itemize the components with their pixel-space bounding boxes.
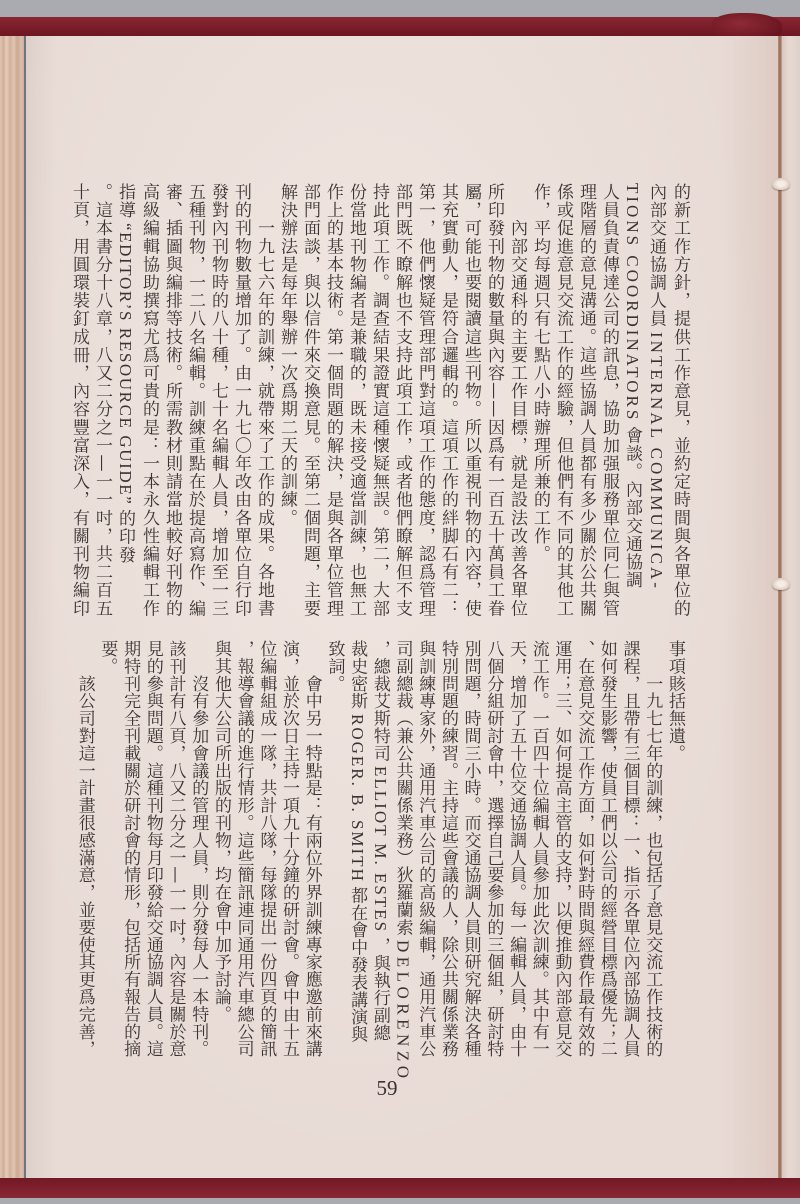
- column-text: 指導: [115, 183, 135, 219]
- text-column: 人員負責傳達公司的訊息，協助加强服務單位同仁與管: [597, 183, 620, 623]
- text-column: 演，並於次日主持一項九十分鐘的研討會。會中由十五: [277, 640, 300, 1060]
- column-text: 該刊計有八頁，八又二分之一—一一吋，內容是關於意: [166, 640, 186, 1058]
- column-text: 係或促進意見交流工作的經驗，但他們有不同的其他工: [553, 183, 573, 617]
- text-column: 、在意見交流工作方面，如何對時間與經費作最有效的: [572, 640, 595, 1060]
- latin-term: “EDITOR’S RESOURCE GUIDE”: [116, 223, 135, 505]
- column-text: 十頁，用圓環裝釘成冊，內容豐富深入，有關刊物編印: [69, 183, 89, 617]
- text-column: 會中另一特點是：有兩位外界訓練專家應邀前來講: [300, 640, 323, 1060]
- column-text: 屬，可能也要閱讀這些刊物。所以重視刊物的內容，使: [461, 183, 481, 617]
- column-text: 別問題，時間三小時。而交通協調人員則研究解決各種: [461, 640, 481, 1058]
- column-text: 會談。內部交通協調: [622, 426, 642, 589]
- text-column: 第一，他們懷疑管理部門對這項工作的態度，認爲管理: [413, 183, 436, 623]
- text-block-lower: 事項賅括無遺。 一九七七年的訓練，也包括了意見交流工作技術的 課程，且帶有三個目…: [73, 640, 686, 1060]
- column-text: ，報導會議的進行情形。這些簡訊連同通用汽車總公司: [234, 640, 254, 1058]
- text-column: 高級編輯協助撰寫尤爲可貴的是：一本永久性編輯工作: [137, 183, 160, 623]
- column-text: 的新工作方針，提供工作意見，並約定時間與各單位的: [670, 183, 690, 617]
- column-text: 流工作。一百四十位編輯人員參加此次訓練。其中有一: [529, 640, 549, 1058]
- page-stack-edges: [0, 36, 25, 1178]
- text-column: 作，平均每週只有七點八小時辦理所兼的工作。: [528, 183, 551, 623]
- column-text: 一九七六年的訓練，就帶來了工作的成果。各地書: [254, 183, 274, 617]
- text-column: 期特刊完全刊載關於研討會的情形，包括所有報告的摘: [118, 640, 141, 1060]
- column-text: 天，增加了五十位交通協調人員。每一編輯人員，由十: [506, 640, 526, 1058]
- column-text: 。這本書分十八章，八又二分之一—一一吋，共二百五: [92, 183, 112, 617]
- text-column: 一九七六年的訓練，就帶來了工作的成果。各地書: [252, 183, 275, 623]
- column-text: 八個分組研討會中，選擇自己要參加的三個組，研討特: [483, 640, 503, 1058]
- text-column: 與其他大公司所出版的刊物，均在會中加予討論。: [209, 640, 232, 1060]
- column-text: 內部交通科的主要工作目標，就是設法改善各單位: [507, 183, 527, 617]
- text-column: 運用；三、如何提高主管的支持，以便推動內部意見交: [550, 640, 573, 1060]
- column-text: 發對內刊物時的八十種，七十名編輯人員，增加至一三: [208, 183, 228, 617]
- column-text: 、在意見交流工作方面，如何對時間與經費作最有效的: [574, 640, 594, 1058]
- text-column: TIONS COORDINATORS會談。內部交通協調: [620, 183, 644, 623]
- column-text: 其充實動人，是符合邏輯的。這項工作的絆脚石有二：: [438, 183, 458, 617]
- facing-page-sliver: [782, 36, 800, 1178]
- text-column: 見的參與問題。這種刊物每月印發給交通協調人員。這: [141, 640, 164, 1060]
- column-text: 審、插圖與編排等技術。所需教材則請當地較好刊物的: [162, 183, 182, 617]
- text-column: 的新工作方針，提供工作意見，並約定時間與各單位的: [668, 183, 691, 623]
- text-column: 課程，且帶有三個目標：一、指示各單位內部協調人員: [618, 640, 641, 1060]
- column-text: 刊的刊物數量增加了。由一九七〇年改由各單位自行印: [231, 183, 251, 617]
- text-column: 十頁，用圓環裝釘成冊，內容豐富深入，有關刊物編印: [67, 183, 90, 623]
- text-column: 刊的刊物數量增加了。由一九七〇年改由各單位自行印: [229, 183, 252, 623]
- text-column: 部門面談，與以信件來交換意見。至第二個問題，主要: [298, 183, 321, 623]
- text-column: 所印發刊物的數量與內容——因爲有一百五十萬員工眷: [482, 183, 505, 623]
- column-text: ，總裁艾斯特司: [370, 640, 390, 762]
- column-text: 該公司對這一計畫很感滿意，並要使其更爲完善，: [75, 640, 95, 1058]
- column-text: 與其他大公司所出版的刊物，均在會中加予討論。: [211, 640, 231, 1023]
- book-cover-bottom-edge: [0, 1176, 800, 1198]
- text-column: 其充實動人，是符合邏輯的。這項工作的絆脚石有二：: [436, 183, 459, 623]
- text-column: 別問題，時間三小時。而交通協調人員則研究解決各種: [459, 640, 482, 1060]
- column-text: 都在會中發表講演與: [347, 886, 367, 1043]
- text-column: ，報導會議的進行情形。這些簡訊連同通用汽車總公司: [232, 640, 255, 1060]
- column-text: 高級編輯協助撰寫尤爲可貴的是：一本永久性編輯工作: [139, 183, 159, 617]
- text-column: 持此項工作。調查結果證實這種懷疑無誤。第二，大部: [367, 183, 390, 623]
- text-column: 事項賅括無遺。: [663, 640, 686, 1060]
- column-text: 沒有參加會議的管理人員，則分發每人一本特刊。: [188, 640, 208, 1058]
- column-text: 特別問題的練習。主持這些會議的人，除公共關係業務: [438, 640, 458, 1058]
- column-text: 期特刊完全刊載關於研討會的情形，包括所有報告的摘: [120, 640, 140, 1058]
- column-text: 的印發: [115, 510, 135, 564]
- column-text: 內部交通協調人員: [646, 183, 666, 328]
- text-column: 司副總裁（兼公共關係業務）狄羅蘭索DELORENZO: [391, 640, 414, 1060]
- binding-thread: [772, 578, 790, 590]
- column-text: 解決辦法是每年舉辦一次爲期二天的訓練。: [277, 183, 297, 527]
- text-column: 特別問題的練習。主持這些會議的人，除公共關係業務: [436, 640, 459, 1060]
- text-column: 部門既不瞭解也不支持此項工作，或者他們瞭解但不支: [390, 183, 413, 623]
- text-column: 內部交通協調人員INTERNAL COMMUNICA-: [644, 183, 668, 623]
- binding-thread: [772, 178, 790, 190]
- text-column: 該刊計有八頁，八又二分之一—一一吋，內容是關於意: [164, 640, 187, 1060]
- text-column: 裁史密斯ROGER. B. SMITH都在會中發表講演與: [345, 640, 368, 1060]
- text-column: 與訓練專家外，通用汽車公司的高級編輯，通用汽車公: [414, 640, 437, 1060]
- column-text: 作，平均每週只有七點八小時辦理所兼的工作。: [530, 183, 550, 563]
- text-column: 解決辦法是每年舉辦一次爲期二天的訓練。: [275, 183, 298, 623]
- column-text: 一九七七年的訓練，也包括了意見交流工作技術的: [642, 640, 662, 1058]
- column-text: 致詞。: [324, 640, 344, 692]
- text-column: 五種刊物，一二八名編輯。訓練重點在於提高寫作、編: [183, 183, 206, 623]
- text-column: 該公司對這一計畫很感滿意，並要使其更爲完善，: [73, 640, 96, 1060]
- column-text: 理階層的意見溝通。這些協調人員都有多少關於公共關: [576, 183, 596, 617]
- text-column: 審、插圖與編排等技術。所需教材則請當地較好刊物的: [160, 183, 183, 623]
- column-text: 所印發刊物的數量與內容——因爲有一百五十萬員工眷: [484, 183, 504, 617]
- text-column: 份當地刊物編者是兼職的，既未接受適當訓練，也無工: [344, 183, 367, 623]
- column-text: 部門面談，與以信件來交換意見。至第二個問題，主要: [300, 183, 320, 617]
- text-column: 指導“EDITOR’S RESOURCE GUIDE”的印發: [113, 183, 137, 623]
- text-block-upper: 的新工作方針，提供工作意見，並約定時間與各單位的 內部交通協調人員INTERNA…: [70, 183, 691, 623]
- text-column: 位編輯組成一隊，共計八隊，每隊提出一份四頁的簡訊: [255, 640, 278, 1060]
- column-text: 課程，且帶有三個目標：一、指示各單位內部協調人員: [620, 640, 640, 1058]
- column-text: 如何發生影響，使員工們以公司的經營目標爲優先；二: [597, 640, 617, 1058]
- text-column: 係或促進意見交流工作的經驗，但他們有不同的其他工: [551, 183, 574, 623]
- column-text: 位編輯組成一隊，共計八隊，每隊提出一份四頁的簡訊: [256, 640, 276, 1058]
- text-column: 一九七七年的訓練，也包括了意見交流工作技術的: [641, 640, 664, 1060]
- page-number: 59: [370, 1076, 404, 1101]
- text-column: 八個分組研討會中，選擇自己要參加的三個組，研討特: [482, 640, 505, 1060]
- column-text: 演，並於次日主持一項九十分鐘的研討會。會中由十五: [279, 640, 299, 1058]
- text-column: 。這本書分十八章，八又二分之一—一一吋，共二百五: [90, 183, 113, 623]
- column-text: 裁史密斯: [347, 640, 367, 710]
- column-text: 第一，他們懷疑管理部門對這項工作的態度，認爲管理: [415, 183, 435, 617]
- latin-term: DELORENZO: [394, 940, 413, 1082]
- column-text: 與訓練專家外，通用汽車公司的高級編輯，通用汽車公: [415, 640, 435, 1058]
- column-text: 事項賅括無遺。: [665, 640, 685, 762]
- column-text: 人員負責傳達公司的訊息，協助加强服務單位同仁與管: [599, 183, 619, 617]
- latin-term: ROGER. B. SMITH: [348, 714, 367, 883]
- text-column: 沒有參加會議的管理人員，則分發每人一本特刊。: [187, 640, 210, 1060]
- column-text: 要。: [97, 640, 117, 675]
- text-column: 如何發生影響，使員工們以公司的經營目標爲優先；二: [595, 640, 618, 1060]
- column-text: 見的參與問題。這種刊物每月印發給交通協調人員。這: [143, 640, 163, 1058]
- column-text: 持此項工作。調查結果證實這種懷疑無誤。第二，大部: [369, 183, 389, 617]
- column-text: 五種刊物，一二八名編輯。訓練重點在於提高寫作、編: [185, 183, 205, 617]
- text-column: ，總裁艾斯特司ELLIOT M. ESTES，與執行副總: [368, 640, 391, 1060]
- latin-term: ELLIOT M. ESTES: [371, 766, 390, 933]
- latin-term: INTERNAL COMMUNICA-: [647, 332, 666, 591]
- column-text: 份當地刊物編者是兼職的，既未接受適當訓練，也無工: [346, 183, 366, 617]
- text-column: 內部交通科的主要工作目標，就是設法改善各單位: [505, 183, 528, 623]
- text-column: 致詞。: [323, 640, 346, 1060]
- text-column: 作上的基本技術。第一個問題的解決，是與各單位管理: [321, 183, 344, 623]
- text-column: 理階層的意見溝通。這些協調人員都有多少關於公共關: [574, 183, 597, 623]
- text-column: 流工作。一百四十位編輯人員參加此次訓練。其中有一: [527, 640, 550, 1060]
- column-text: 部門既不瞭解也不支持此項工作，或者他們瞭解但不支: [392, 183, 412, 617]
- column-text: 司副總裁（兼公共關係業務）狄羅蘭索: [393, 640, 413, 936]
- text-column: 發對內刊物時的八十種，七十名編輯人員，增加至一三: [206, 183, 229, 623]
- text-column: 天，增加了五十位交通協調人員。每一編輯人員，由十: [504, 640, 527, 1060]
- column-text: 作上的基本技術。第一個問題的解決，是與各單位管理: [323, 183, 343, 617]
- book-cover-top-edge: [0, 17, 800, 38]
- text-column: 要。: [96, 640, 119, 1060]
- text-column: 屬，可能也要閱讀這些刊物。所以重視刊物的內容，使: [459, 183, 482, 623]
- latin-term: TIONS COORDINATORS: [623, 183, 642, 422]
- column-text: 運用；三、如何提高主管的支持，以便推動內部意見交: [551, 640, 571, 1058]
- column-text: 會中另一特點是：有兩位外界訓練專家應邀前來講: [302, 640, 322, 1058]
- column-text: ，與執行副總: [370, 937, 390, 1041]
